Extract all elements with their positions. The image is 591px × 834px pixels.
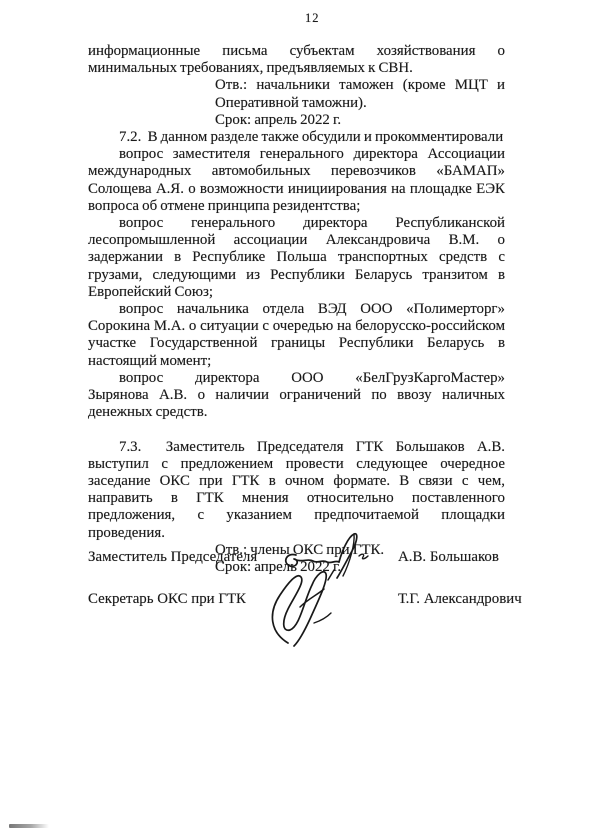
deadline-line: Срок: апрель 2022 г. [215,112,505,129]
responsible-line: Отв.: начальники таможен (кроме МЦТ и Оп… [215,77,505,111]
document-body: информационные письма субъектам хозяйств… [88,43,505,576]
page-number: 12 [305,11,320,26]
signatory-name-aleksandrovich: Т.Г. Александрович [398,591,522,608]
paragraph-question-timber-association: вопрос генерального директора Республика… [88,215,505,301]
paragraph-intro: информационные письма субъектам хозяйств… [88,43,505,77]
paragraph-7-3: 7.3. Заместитель Председателя ГТК Больша… [88,439,505,542]
paragraph-question-bamap: вопрос заместителя генерального директор… [88,146,505,215]
paragraph-question-belgruzkargomaster: вопрос директора ООО «БелГрузКаргоМастер… [88,370,505,422]
signature-role-secretary: Секретарь ОКС при ГТК [88,591,246,608]
document-page: 12 информационные письма субъектам хозяй… [0,0,591,834]
responsible-line: Отв.: члены ОКС при ГТК. [215,542,505,559]
responsibility-block-1: Отв.: начальники таможен (кроме МЦТ и Оп… [215,77,505,129]
paragraph-question-polimertorg: вопрос начальника отдела ВЭД ООО «Полиме… [88,301,505,370]
deadline-line: Срок: апрель 2022 г. [215,559,505,576]
paragraph-7-2: 7.2. В данном разделе также обсудили и п… [88,129,505,146]
responsibility-block-2: Отв.: члены ОКС при ГТК. Срок: апрель 20… [215,542,505,576]
scan-artifact [9,824,49,828]
